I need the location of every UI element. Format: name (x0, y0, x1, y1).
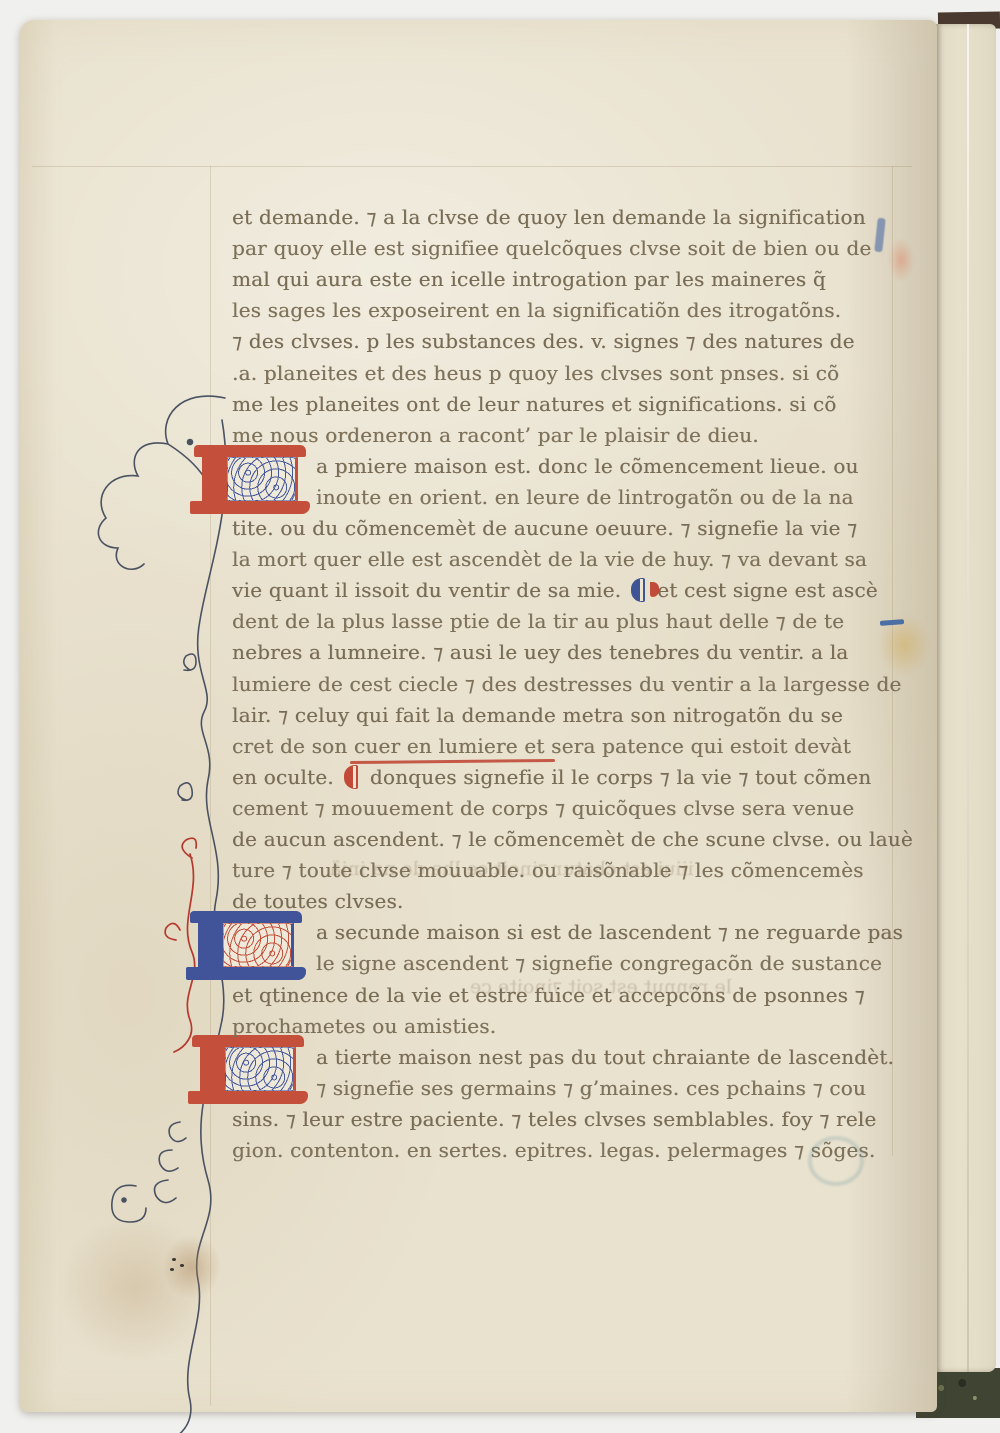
line-segment: vie quant il issoit du ventir de sa mie. (232, 578, 621, 602)
manuscript-text-line: la mort quer elle est ascendèt de la vie… (232, 544, 922, 575)
manuscript-text-line: lumiere de cest ciecle ⁊ des destresses … (232, 669, 922, 700)
manuscript-text-line: me les planeites ont de leur natures et … (232, 389, 922, 420)
line-segment: donques signefie il le corps ⁊ la vie ⁊ … (370, 765, 871, 789)
manuscript-text-line: nebres a lumneire. ⁊ ausi le uey des ten… (232, 637, 922, 668)
manuscript-text-line: et demande. ⁊ a la clvse de quoy len dem… (232, 202, 922, 233)
manuscript-text-line: cement ⁊ mouuement de corps ⁊ quicõques … (232, 793, 922, 824)
curl-doodle-1 (184, 654, 196, 670)
scallop-doodle (155, 1122, 187, 1203)
paraph-mark-blue (631, 578, 649, 602)
manuscript-page: iiiui est chatur ⁊inoit ce lha de na ini… (20, 20, 937, 1412)
red-flourish-line (174, 838, 196, 1052)
manuscript-text-line: en oculte.donques signefie il le corps ⁊… (232, 762, 922, 793)
manuscript-text-line: ture ⁊ toute clvse mouuable. ou raisõnab… (232, 855, 922, 886)
red-curl (165, 923, 180, 940)
manuscript-text-line: inoute en orient. en leure de lintrogatõ… (232, 482, 1000, 513)
manuscript-text-line: les sages les exposeirent en la signific… (232, 295, 922, 326)
manuscript-text-line: a pmiere maison est. donc le cõmencement… (232, 451, 1000, 482)
curl-doodle-2 (178, 783, 192, 800)
manuscript-text-line: et qtinence de la vie et estre fuice et … (232, 980, 922, 1011)
manuscript-text-line: de aucun ascendent. ⁊ le cõmencemèt de c… (232, 824, 922, 855)
stain (164, 1236, 220, 1298)
next-folio-edge (934, 24, 996, 1372)
stain (888, 238, 914, 282)
manuscript-text-line: de toutes clvses. (232, 886, 922, 917)
manuscript-text-line: lair. ⁊ celuy qui fait la demande metra … (232, 700, 922, 731)
manuscript-text-line: par quoy elle est signifiee quelcõques c… (232, 233, 922, 264)
manuscript-text-line: me nous ordeneron a racont’ par le plais… (232, 420, 922, 451)
ruling-line-horizontal (32, 166, 912, 167)
manuscript-text-line: vie quant il issoit du ventir de sa mie.… (232, 575, 922, 606)
manuscript-text-line: prochametes ou amisties. (232, 1011, 922, 1042)
line-segment: et cest signe est ascè (657, 578, 878, 602)
ink-speck (170, 1268, 174, 1271)
manuscript-text-line: dent de la plus lasse ptie de la tir au … (232, 606, 922, 637)
manuscript-text-line: ⁊ des clvses. p les substances des. v. s… (232, 326, 922, 357)
manuscript-text-line: ⁊ signefie ses germains ⁊ g’maines. ces … (232, 1073, 1000, 1104)
manuscript-text-line: tite. ou du cõmencemèt de aucune oeuure.… (232, 513, 922, 544)
manuscript-text-line: .a. planeites et des heus p quoy les clv… (232, 358, 922, 389)
text-block: et demande. ⁊ a la clvse de quoy len dem… (232, 202, 922, 1162)
paraph-mark-red (344, 765, 362, 789)
manuscript-text-line: a secunde maison si est de lascendent ⁊ … (232, 917, 1000, 948)
line-segment: en oculte. (232, 765, 334, 789)
manuscript-text-line: mal qui aura este en icelle introgation … (232, 264, 922, 295)
folio-edge-crease (967, 24, 969, 1372)
bird-eye (188, 440, 193, 445)
ink-speck (172, 1258, 176, 1261)
ink-speck (180, 1264, 184, 1267)
manuscript-text-line: le signe ascendent ⁊ signefie congregacõ… (232, 948, 1000, 979)
manuscript-text-line: sins. ⁊ leur estre paciente. ⁊ teles clv… (232, 1104, 922, 1135)
manuscript-text-line: cret de son cuer en lumiere et sera pate… (232, 731, 922, 762)
faint-ink-ring (808, 1136, 864, 1186)
manuscript-text-line: a tierte maison nest pas du tout chraian… (232, 1042, 1000, 1073)
manuscript-photo: iiiui est chatur ⁊inoit ce lha de na ini… (0, 0, 1000, 1433)
